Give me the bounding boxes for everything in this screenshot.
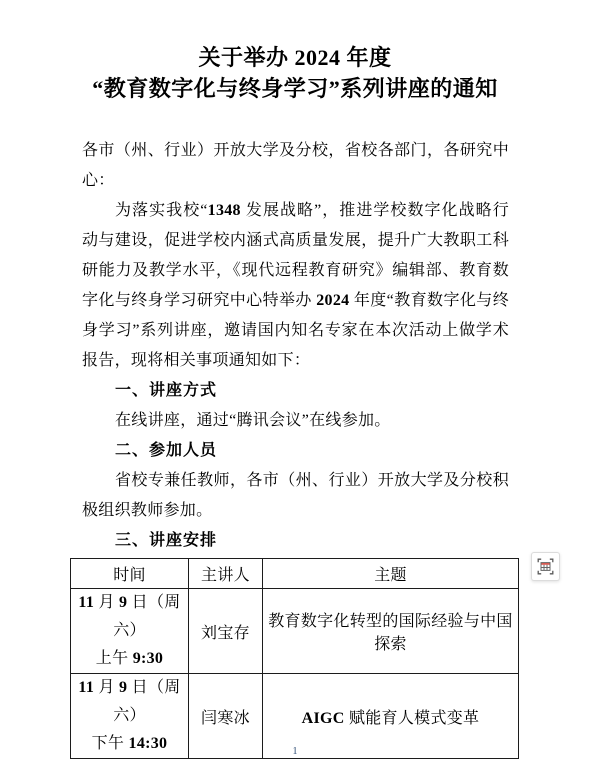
row1-time-line: 上午 9:30	[71, 645, 188, 673]
row1-date-line: 11 月 9 日（周六）	[71, 589, 188, 645]
row2-date-line: 11 月 9 日（周六）	[71, 674, 188, 730]
intro-paragraph: 为落实我校“1348 发展战略”，推进学校数字化战略行动与建设，促进学校内涵式高…	[82, 196, 509, 376]
section-3-heading: 三、讲座安排	[82, 526, 509, 556]
schedule-table: 时间 主讲人 主题 11 月 9 日（周六） 上午 9:30 刘宝存 教育数字化…	[70, 558, 519, 759]
schedule-header-row: 时间 主讲人 主题	[71, 559, 519, 589]
cell-row1-speaker: 刘宝存	[189, 589, 263, 674]
page-number: 1	[0, 746, 590, 757]
document-page: 关于举办 2024 年度 “教育数字化与终身学习”系列讲座的通知 各市（州、行业…	[0, 0, 590, 775]
section-1-heading: 一、讲座方式	[82, 376, 509, 406]
header-time: 时间	[71, 559, 189, 589]
section-2-heading: 二、参加人员	[82, 436, 509, 466]
document-body: 各市（州、行业）开放大学及分校，省校各部门，各研究中心： 为落实我校“1348 …	[82, 136, 509, 759]
table-tool-button[interactable]	[531, 552, 560, 581]
cell-row1-topic: 教育数字化转型的国际经验与中国探索	[263, 589, 519, 674]
title-line-1: 关于举办 2024 年度	[0, 42, 590, 73]
document-title: 关于举办 2024 年度 “教育数字化与终身学习”系列讲座的通知	[0, 0, 590, 104]
section-1-body: 在线讲座，通过“腾讯会议”在线参加。	[82, 406, 509, 436]
section-2-body: 省校专兼任教师，各市（州、行业）开放大学及分校积极组织教师参加。	[82, 466, 509, 526]
header-topic: 主题	[263, 559, 519, 589]
title-line-2: “教育数字化与终身学习”系列讲座的通知	[0, 73, 590, 104]
header-speaker: 主讲人	[189, 559, 263, 589]
schedule-row-1: 11 月 9 日（周六） 上午 9:30 刘宝存 教育数字化转型的国际经验与中国…	[71, 589, 519, 674]
salutation-paragraph: 各市（州、行业）开放大学及分校，省校各部门，各研究中心：	[82, 136, 509, 196]
cell-row1-time: 11 月 9 日（周六） 上午 9:30	[71, 589, 189, 674]
table-grid-icon	[537, 558, 554, 575]
